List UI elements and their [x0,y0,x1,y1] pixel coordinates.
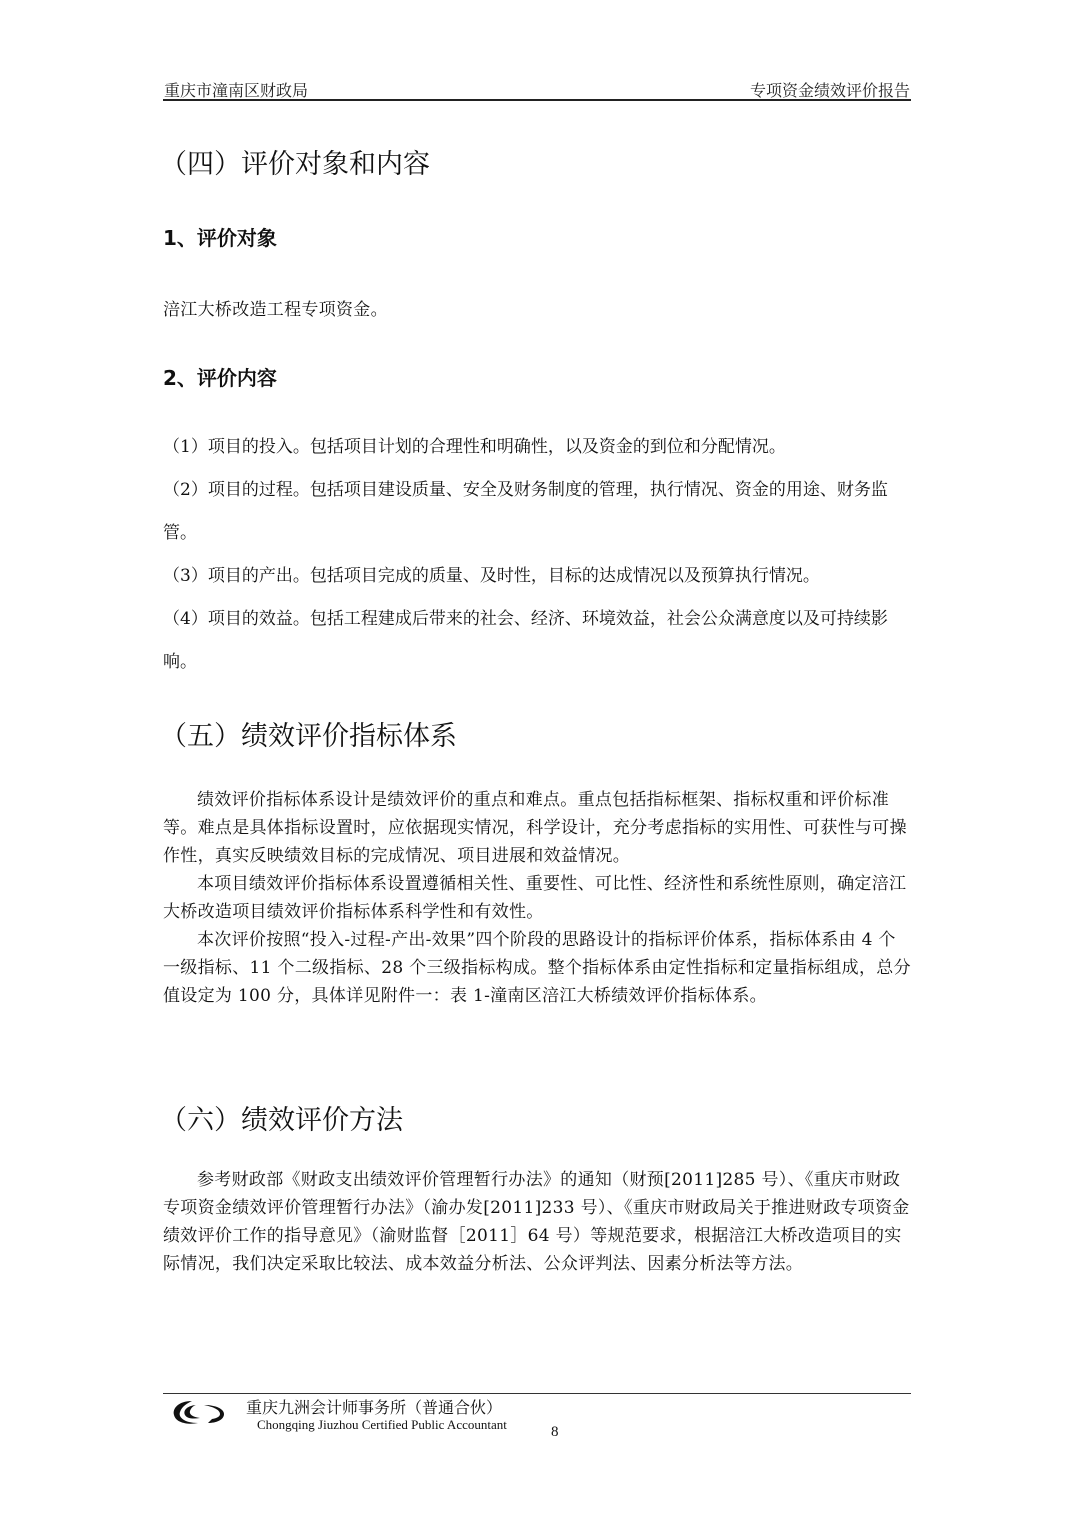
subsection-1-title: 1、评价对象 [163,222,277,251]
paragraph: 本次评价按照“投入-过程-产出-效果”四个阶段的思路设计的指标评价体系，指标体系… [163,926,913,1010]
section-4-title: （四）评价对象和内容 [160,142,430,181]
paragraph: 参考财政部《财政支出绩效评价管理暂行办法》的通知（财预[2011]285 号）、… [163,1166,913,1278]
subsection-1-text: 涪江大桥改造工程专项资金。 [163,296,913,324]
section-5-title: （五）绩效评价指标体系 [160,714,457,753]
footer-firm-name-en: Chongqing Jiuzhou Certified Public Accou… [257,1417,507,1433]
section-6-body: 参考财政部《财政支出绩效评价管理暂行办法》的通知（财预[2011]285 号）、… [163,1166,913,1278]
header-right-title: 专项资金绩效评价报告 [750,78,910,101]
header-left-org: 重庆市潼南区财政局 [164,78,308,101]
paragraph: 本项目绩效评价指标体系设置遵循相关性、重要性、可比性、经济性和系统性原则，确定涪… [163,870,913,926]
list-item: （2）项目的过程。包括项目建设质量、安全及财务制度的管理，执行情况、资金的用途、… [163,469,913,555]
list-item: （3）项目的产出。包括项目完成的质量、及时性，目标的达成情况以及预算执行情况。 [163,555,913,598]
list-item: （4）项目的效益。包括工程建成后带来的社会、经济、环境效益，社会公众满意度以及可… [163,598,913,684]
page-number: 8 [551,1424,559,1441]
footer-divider [163,1393,911,1394]
paragraph: 绩效评价指标体系设计是绩效评价的重点和难点。重点包括指标框架、指标权重和评价标准… [163,786,913,870]
footer-firm-name-cn: 重庆九洲会计师事务所（普通合伙） [246,1395,502,1418]
header-divider [163,99,911,101]
content-list: （1）项目的投入。包括项目计划的合理性和明确性，以及资金的到位和分配情况。 （2… [163,426,913,684]
list-item: （1）项目的投入。包括项目计划的合理性和明确性，以及资金的到位和分配情况。 [163,426,913,469]
section-5-body: 绩效评价指标体系设计是绩效评价的重点和难点。重点包括指标框架、指标权重和评价标准… [163,786,913,1010]
subsection-2-title: 2、评价内容 [163,362,277,391]
section-6-title: （六）绩效评价方法 [160,1098,403,1137]
firm-logo-icon [170,1397,230,1429]
